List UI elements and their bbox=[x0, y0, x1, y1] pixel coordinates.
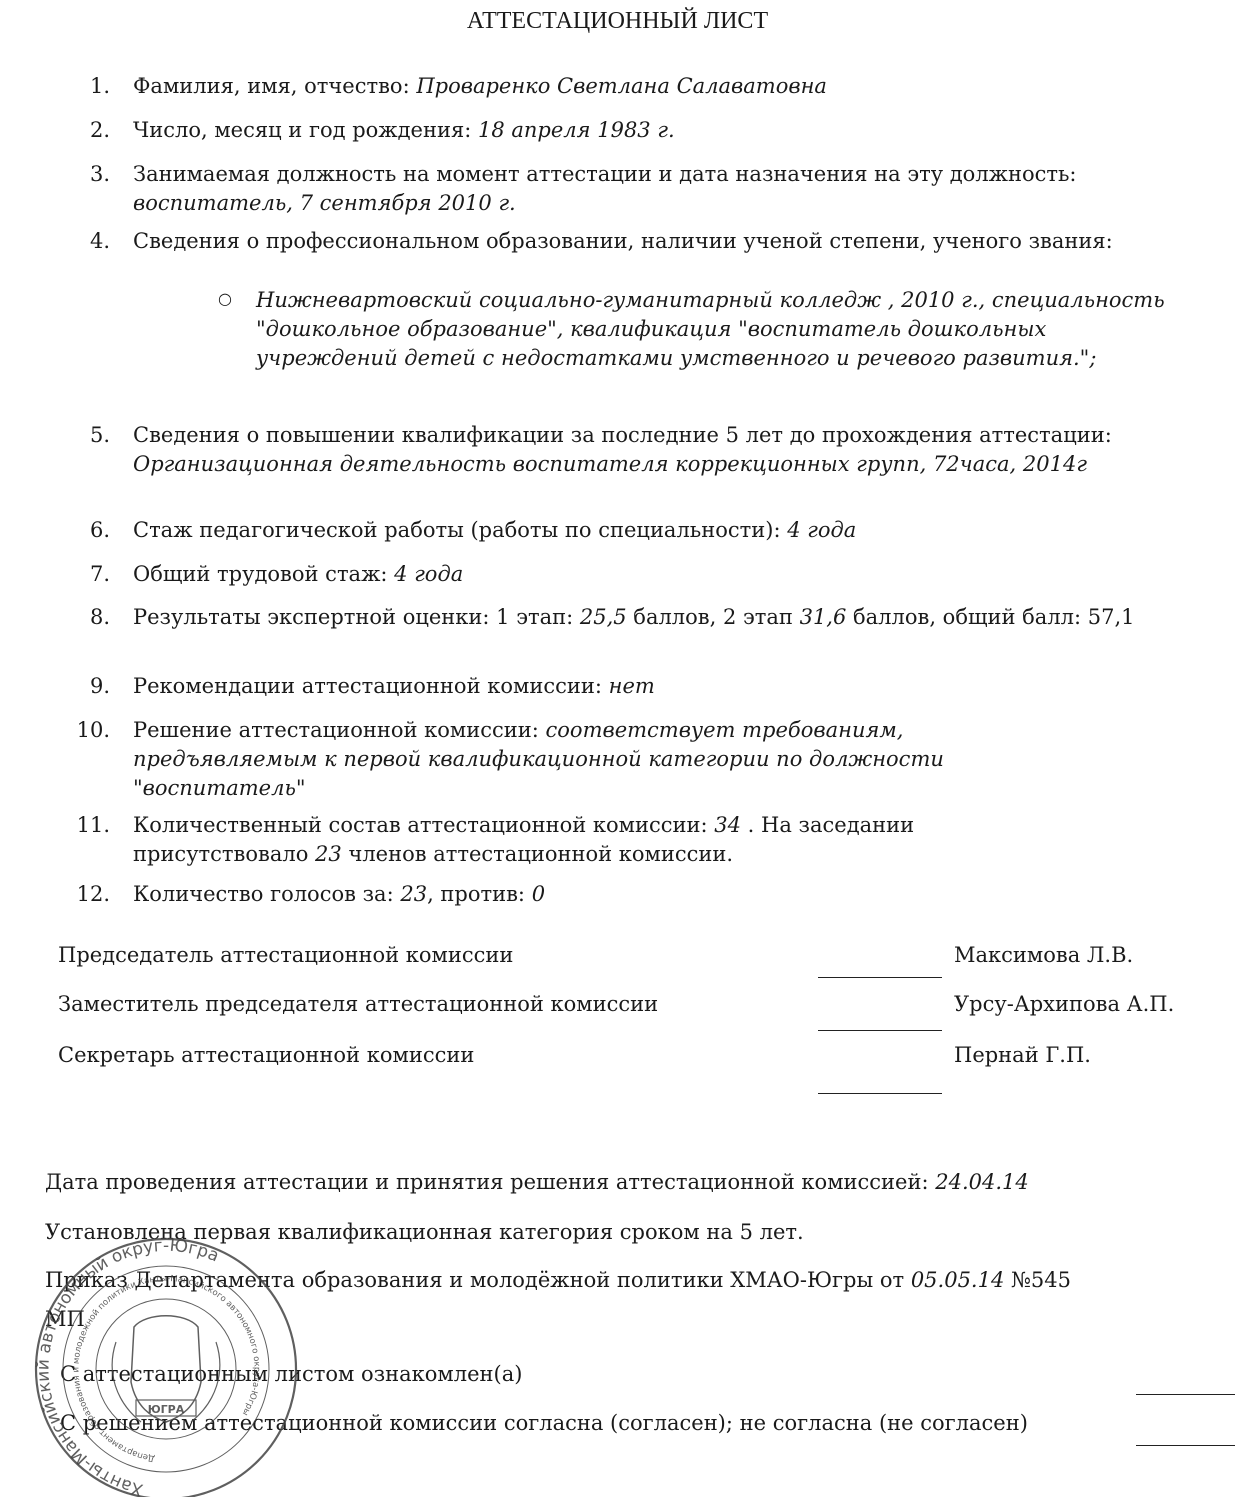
item-label: баллов, общий балл: 57,1 bbox=[846, 605, 1134, 629]
item-value: 4 года bbox=[787, 518, 856, 542]
item-number: 10. bbox=[0, 716, 110, 745]
svg-text:ЮГРА: ЮГРА bbox=[148, 1403, 185, 1416]
document-title: АТТЕСТАЦИОННЫЙ ЛИСТ bbox=[0, 8, 1235, 35]
item-number: 11. bbox=[0, 811, 110, 840]
secretary-name: Пернай Г.П. bbox=[954, 1041, 1091, 1070]
item-label: Общий трудовой стаж: bbox=[133, 562, 394, 586]
item-label: Количество голосов за: bbox=[133, 882, 400, 906]
deputy-role: Заместитель председателя аттестационной … bbox=[58, 990, 658, 1019]
attestation-sheet: АТТЕСТАЦИОННЫЙ ЛИСТ 1. Фамилия, имя, отч… bbox=[0, 0, 1235, 1500]
svg-text:Ханты-Мансийский автономный ок: Ханты-Мансийский автономный округ-Югра bbox=[33, 1236, 221, 1497]
chair-name: Максимова Л.В. bbox=[954, 941, 1133, 970]
secretary-signature-line bbox=[818, 1093, 942, 1094]
chair-signature-line bbox=[818, 977, 942, 978]
secretary-role: Секретарь аттестационной комиссии bbox=[58, 1041, 474, 1070]
agreement-signature-line bbox=[1136, 1445, 1235, 1446]
item-number: 12. bbox=[0, 880, 110, 909]
item-label: Число, месяц и год рождения: bbox=[133, 118, 478, 142]
item-number: 4. bbox=[0, 227, 110, 256]
chair-role: Председатель аттестационной комиссии bbox=[58, 941, 513, 970]
item-value: нет bbox=[609, 674, 655, 698]
commission-total: 34 bbox=[714, 813, 741, 837]
item-label: членов аттестационной комиссии. bbox=[342, 842, 733, 866]
stage2-score: 31,6 bbox=[800, 605, 847, 629]
item-label: Сведения о профессиональном образовании,… bbox=[133, 229, 1113, 253]
item-label: Сведения о повышении квалификации за пос… bbox=[133, 423, 1112, 447]
deputy-name: Урсу-Архипова А.П. bbox=[954, 990, 1174, 1019]
item-value: 18 апреля 1983 г. bbox=[478, 118, 675, 142]
item-label: Стаж педагогической работы (работы по сп… bbox=[133, 518, 787, 542]
item-number: 8. bbox=[0, 603, 110, 632]
item-value: 4 года bbox=[394, 562, 463, 586]
votes-against: 0 bbox=[532, 882, 545, 906]
item-number: 5. bbox=[0, 421, 110, 450]
item-value: Организационная деятельность воспитателя… bbox=[133, 452, 1087, 476]
item-value: Проваренко Светлана Салаватовна bbox=[416, 74, 827, 98]
item-number: 6. bbox=[0, 516, 110, 545]
item-number: 1. bbox=[0, 72, 110, 101]
date-value: 24.04.14 bbox=[935, 1170, 1029, 1194]
item-value: воспитатель, 7 сентября 2010 г. bbox=[133, 191, 516, 215]
order-number: №545 bbox=[1004, 1268, 1071, 1292]
item-label: Результаты экспертной оценки: 1 этап: bbox=[133, 605, 580, 629]
item-label: Занимаемая должность на момент аттестаци… bbox=[133, 162, 1077, 186]
svg-text:Департамент образования и моло: Департамент образования и молодежной пол… bbox=[71, 1274, 261, 1463]
stage1-score: 25,5 bbox=[580, 605, 627, 629]
item-label: , против: bbox=[427, 882, 532, 906]
item-number: 2. bbox=[0, 116, 110, 145]
education-text: Нижневартовский социально-гуманитарный к… bbox=[256, 286, 1186, 373]
votes-for: 23 bbox=[400, 882, 427, 906]
item-label: Фамилия, имя, отчество: bbox=[133, 74, 416, 98]
item-number: 7. bbox=[0, 560, 110, 589]
item-label: Рекомендации аттестационной комиссии: bbox=[133, 674, 609, 698]
item-label: Количественный состав аттестационной ком… bbox=[133, 813, 714, 837]
item-label: баллов, 2 этап bbox=[627, 605, 800, 629]
bullet-circle-icon: ○ bbox=[218, 284, 232, 313]
members-present: 23 bbox=[315, 842, 342, 866]
acquainted-signature-line bbox=[1136, 1394, 1235, 1395]
item-label: Решение аттестационной комиссии: bbox=[133, 718, 546, 742]
attestation-date: Дата проведения аттестации и принятия ре… bbox=[45, 1168, 1029, 1197]
item-number: 9. bbox=[0, 672, 110, 701]
date-label: Дата проведения аттестации и принятия ре… bbox=[45, 1170, 935, 1194]
order-date: 05.05.14 bbox=[911, 1268, 1005, 1292]
official-stamp-icon: Ханты-Мансийский автономный округ-Югра Д… bbox=[6, 1232, 336, 1497]
item-number: 3. bbox=[0, 160, 110, 189]
